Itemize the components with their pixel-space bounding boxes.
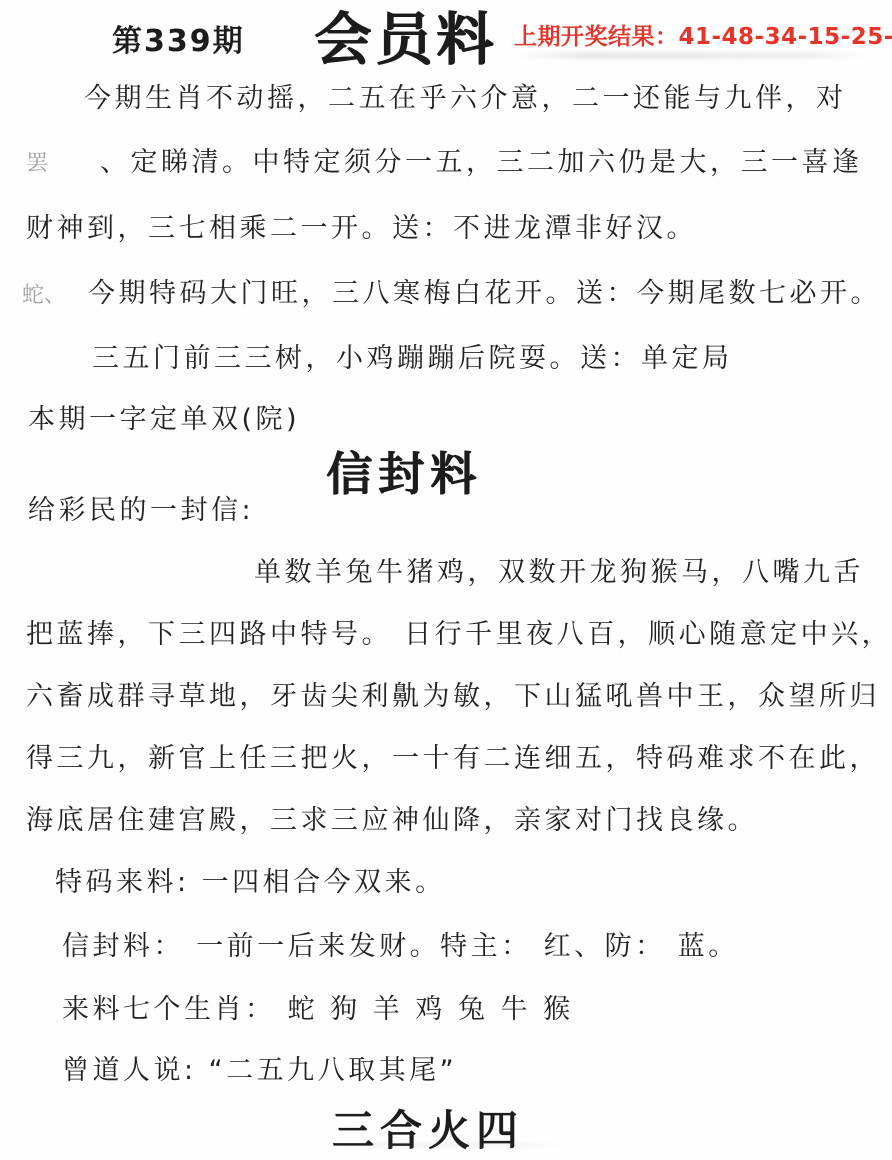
member-line-2: 、定睇清。中特定须分一五，三二加六仍是大，三一喜逢 <box>100 140 863 179</box>
member-line-4: 今期特码大门旺，三八寒梅白花开。送：今期尾数七必开。 <box>88 271 881 310</box>
envelope-para-line-5: 海底居住建宫殿，三求三应神仙降，亲家对门找良缘。 <box>26 798 758 837</box>
tip-zodiac-list: 来料七个生肖： 蛇 狗 羊 鸡 兔 牛 猴 <box>62 987 574 1026</box>
envelope-para-line-3: 六畜成群寻草地，牙齿尖利鼽为敏，下山猛吼兽中王，众望所归 <box>26 674 880 713</box>
member-line-1: 今期生肖不动摇，二五在乎六介意，二一还能与九伴，对 <box>84 76 847 115</box>
envelope-section-title: 信封料 <box>326 438 482 504</box>
member-line-5: 三五门前三三树，小鸡蹦蹦后院耍。送：单定局 <box>92 336 733 375</box>
member-line-3: 财神到，三七相乘二一开。送：不进龙潭非好汉。 <box>26 206 697 245</box>
envelope-para-line-4: 得三九，新官上任三把火，一十有二连细五，特码难求不在此， <box>26 736 880 775</box>
issue-number: 第339期 <box>112 16 245 60</box>
tip-quote: 曾道人说: “二五九八取其尾” <box>62 1048 457 1087</box>
page-title: 会员料 <box>314 0 497 76</box>
last-draw-result: 上期开奖结果：41-48-34-15-25-10+08 <box>514 18 892 51</box>
footer-verdict: 三合火四 <box>332 1098 524 1158</box>
envelope-para-line-2: 把蓝捧，下三四路中特号。 日行千里夜八百，顺心随意定中兴， <box>26 612 892 651</box>
tip-envelope: 信封料： 一前一后来发财。特主： 红、防： 蓝。 <box>62 924 739 963</box>
envelope-intro: 给彩民的一封信: <box>28 488 254 527</box>
scan-smudge <box>516 52 871 59</box>
tip-special-code: 特码来料: 一四相合今双来。 <box>55 860 446 899</box>
erased-char: 罢 <box>26 146 48 177</box>
envelope-para-line-1: 单数羊兔牛猪鸡，双数开龙狗猴马，八嘴九舌 <box>254 550 864 589</box>
erased-char: 蛇、 <box>22 278 66 309</box>
member-line-6: 本期一字定单双(院) <box>28 397 300 436</box>
scanned-tip-sheet: 第339期 会员料 上期开奖结果：41-48-34-15-25-10+08 今期… <box>0 0 892 1160</box>
